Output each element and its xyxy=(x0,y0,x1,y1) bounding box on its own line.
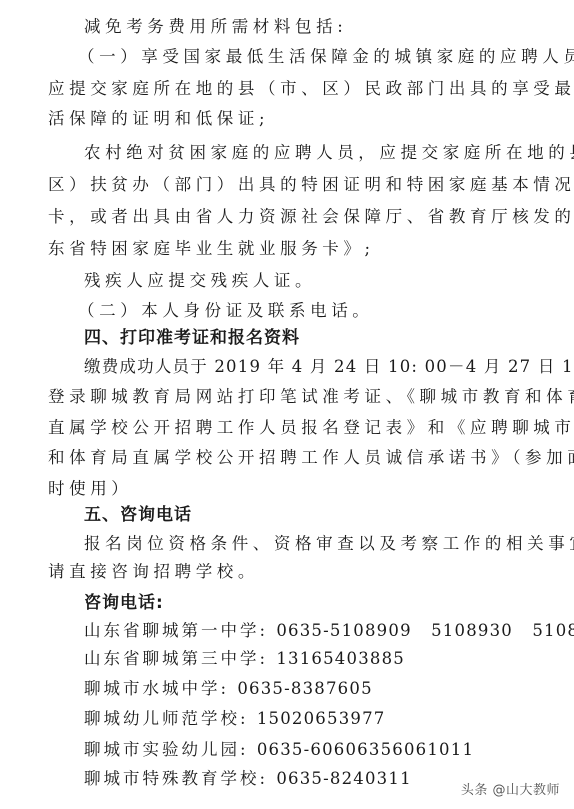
contact-item: 聊城市特殊教育学校: 0635-8240311 xyxy=(84,768,412,790)
section4-heading: 四、打印准考证和报名资料 xyxy=(84,327,300,349)
rural-line-2: 区）扶贫办（部门）出具的特困证明和特困家庭基本情况档案 xyxy=(48,174,574,196)
contact-name: 山东省聊城第三中学: xyxy=(84,649,268,668)
contacts-label: 咨询电话: xyxy=(84,592,164,614)
contact-name: 山东省聊城第一中学: xyxy=(84,621,268,640)
disabled-text: 残疾人应提交残疾人证。 xyxy=(84,270,316,292)
contact-item: 山东省聊城第一中学: 0635-5108909 5108930 5108913 xyxy=(84,620,574,642)
contact-name: 聊城市特殊教育学校: xyxy=(84,769,268,788)
rural-line-1: 农村绝对贫困家庭的应聘人员，应提交家庭所在地的县(市、 xyxy=(84,142,574,164)
contact-name: 聊城市水城中学: xyxy=(84,679,229,698)
contact-phone: 0635-8240311 xyxy=(276,769,411,788)
contact-item: 聊城幼儿师范学校: 15020653977 xyxy=(84,708,386,730)
contact-name: 聊城市实验幼儿园: xyxy=(84,740,249,759)
section4-line-3: 直属学校公开招聘工作人员报名登记表》和《应聘聊城市教育 xyxy=(48,417,574,439)
contact-phone: 13165403885 xyxy=(276,649,405,668)
item1-line-2: 应提交家庭所在地的县（市、区）民政部门出具的享受最低生 xyxy=(48,78,574,100)
section4-line-1: 缴费成功人员于 2019 年 4 月 24 日 10: 00－4 月 27 日 … xyxy=(84,356,574,378)
rural-line-3: 卡，或者出具由省人力资源社会保障厅、省教育厅核发的《山 xyxy=(48,206,574,228)
rural-line-4: 东省特困家庭毕业生就业服务卡》; xyxy=(48,238,375,260)
section4-line-4: 和体育局直属学校公开招聘工作人员诚信承诺书》（参加面试 xyxy=(48,447,574,469)
contact-item: 聊城市实验幼儿园: 0635-60606356061011 xyxy=(84,739,474,761)
section5-line-2: 请直接咨询招聘学校。 xyxy=(48,561,259,583)
item1-line-1: （一）享受国家最低生活保障金的城镇家庭的应聘人员， xyxy=(78,46,574,68)
section5-line-1: 报名岗位资格条件、资格审查以及考察工作的相关事宜， xyxy=(84,533,574,555)
contact-name: 聊城幼儿师范学校: xyxy=(84,709,249,728)
contact-item: 聊城市水城中学: 0635-8387605 xyxy=(84,678,373,700)
contact-phone: 0635-60606356061011 xyxy=(257,740,474,759)
section4-line-5: 时使用） xyxy=(48,478,132,500)
section4-line-2: 登录聊城教育局网站打印笔试准考证、《聊城市教育和体育局 xyxy=(48,386,574,408)
contact-phone: 15020653977 xyxy=(257,709,386,728)
contact-item: 山东省聊城第三中学: 13165403885 xyxy=(84,648,405,670)
contact-phone: 0635-5108909 5108930 5108913 xyxy=(276,621,574,640)
item2-text: （二）本人身份证及联系电话。 xyxy=(78,300,373,322)
item1-line-3: 活保障的证明和低保证; xyxy=(48,108,269,130)
intro-text: 减免考务费用所需材料包括: xyxy=(84,16,347,38)
contact-phone: 0635-8387605 xyxy=(237,679,372,698)
watermark: 头条 @山大教师 xyxy=(461,779,560,798)
section5-heading: 五、咨询电话 xyxy=(84,504,192,526)
